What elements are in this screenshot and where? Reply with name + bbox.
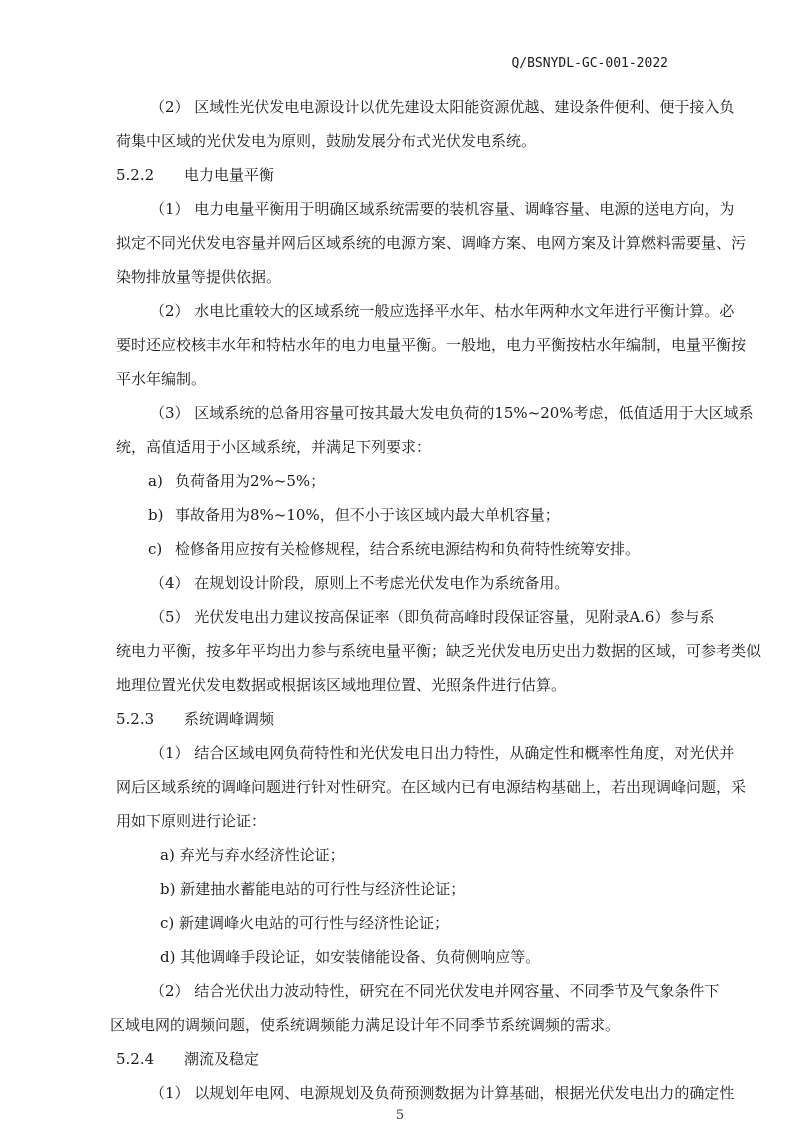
paragraph-line: 区域电网的调频问题，使系统调频能力满足设计年不同季节系统调频的需求。 xyxy=(110,1015,620,1035)
list-label: a) xyxy=(148,471,175,491)
list-item-reserve-a: a)负荷备用为2%~5%； xyxy=(148,471,325,491)
paragraph-line: 拟定不同光伏发电容量并网后区域系统的电源方案、调峰方案、电网方案及计算燃料需要量… xyxy=(116,233,746,253)
paragraph-line: 统电力平衡，按多年平均出力参与系统电量平衡；缺乏光伏发电历史出力数据的区域，可参… xyxy=(116,641,761,661)
section-title: 潮流及稳定 xyxy=(184,1050,259,1068)
list-label: c) xyxy=(148,539,175,559)
section-title: 系统调峰调频 xyxy=(184,710,274,728)
section-heading-5-2-3: 5.2.3系统调峰调频 xyxy=(116,709,274,729)
list-item-peak-a: a) 弃光与弃水经济性论证； xyxy=(160,845,345,865)
paragraph-line: 统，高值适用于小区域系统，并满足下列要求： xyxy=(116,437,431,457)
paragraph-line: （1） 结合区域电网负荷特性和光伏发电日出力特性，从确定性和概率性角度，对光伏并 xyxy=(150,743,734,763)
paragraph-line: 要时还应校核丰水年和特枯水年的电力电量平衡。一般地，电力平衡按枯水年编制，电量平… xyxy=(116,335,746,355)
list-item-reserve-c: c)检修备用应按有关检修规程，结合系统电源结构和负荷特性统筹安排。 xyxy=(148,539,640,559)
paragraph-line: （5） 光伏发电出力建议按高保证率（即负荷高峰时段保证容量，见附录A.6）参与系 xyxy=(150,607,714,627)
section-heading-5-2-4: 5.2.4潮流及稳定 xyxy=(116,1049,259,1069)
paragraph-line: （2） 区域性光伏发电电源设计以优先建设太阳能资源优越、建设条件便利、便于接入负 xyxy=(150,97,734,117)
paragraph-line: （3） 区域系统的总备用容量可按其最大发电负荷的15%~20%考虑，低值适用于大… xyxy=(150,403,754,423)
list-item-peak-d: d) 其他调峰手段论证，如安装储能设备、负荷侧响应等。 xyxy=(160,947,540,967)
paragraph-line: 地理位置光伏发电数据或根据该区域地理位置、光照条件进行估算。 xyxy=(116,675,566,695)
section-number: 5.2.2 xyxy=(116,165,184,185)
list-item-peak-b: b) 新建抽水蓄能电站的可行性与经济性论证； xyxy=(160,879,465,899)
list-text: 检修备用应按有关检修规程，结合系统电源结构和负荷特性统筹安排。 xyxy=(175,540,640,558)
paragraph-line: 染物排放量等提供依据。 xyxy=(116,267,281,287)
section-heading-5-2-2: 5.2.2电力电量平衡 xyxy=(116,165,274,185)
paragraph-line: （2） 水电比重较大的区域系统一般应选择平水年、枯水年两种水文年进行平衡计算。必 xyxy=(150,301,734,321)
paragraph-line: （1） 以规划年电网、电源规划及负荷预测数据为计算基础，根据光伏发电出力的确定性 xyxy=(150,1083,734,1103)
list-item-peak-c: c) 新建调峰火电站的可行性与经济性论证； xyxy=(160,913,449,933)
section-title: 电力电量平衡 xyxy=(184,166,274,184)
paragraph-line: 平水年编制。 xyxy=(116,369,206,389)
paragraph-line: 荷集中区域的光伏发电为原则，鼓励发展分布式光伏发电系统。 xyxy=(116,131,536,151)
paragraph-line: 网后区域系统的调峰问题进行针对性研究。在区域内已有电源结构基础上，若出现调峰问题… xyxy=(116,777,746,797)
list-label: b) xyxy=(148,505,175,525)
document-code: Q/BSNYDL-GC-001-2022 xyxy=(511,56,668,71)
section-number: 5.2.4 xyxy=(116,1049,184,1069)
list-item-reserve-b: b)事故备用为8%~10%，但不小于该区域内最大单机容量； xyxy=(148,505,560,525)
paragraph-line: （2） 结合光伏出力波动特性，研究在不同光伏发电并网容量、不同季节及气象条件下 xyxy=(150,981,719,1001)
paragraph-line: （4） 在规划设计阶段，原则上不考虑光伏发电作为系统备用。 xyxy=(150,573,569,593)
page-number: 5 xyxy=(0,1108,800,1123)
section-number: 5.2.3 xyxy=(116,709,184,729)
list-text: 负荷备用为2%~5%； xyxy=(175,472,325,490)
paragraph-line: （1） 电力电量平衡用于明确区域系统需要的装机容量、调峰容量、电源的送电方向，为 xyxy=(150,199,734,219)
list-text: 事故备用为8%~10%，但不小于该区域内最大单机容量； xyxy=(175,506,560,524)
paragraph-line: 用如下原则进行论证： xyxy=(116,811,266,831)
